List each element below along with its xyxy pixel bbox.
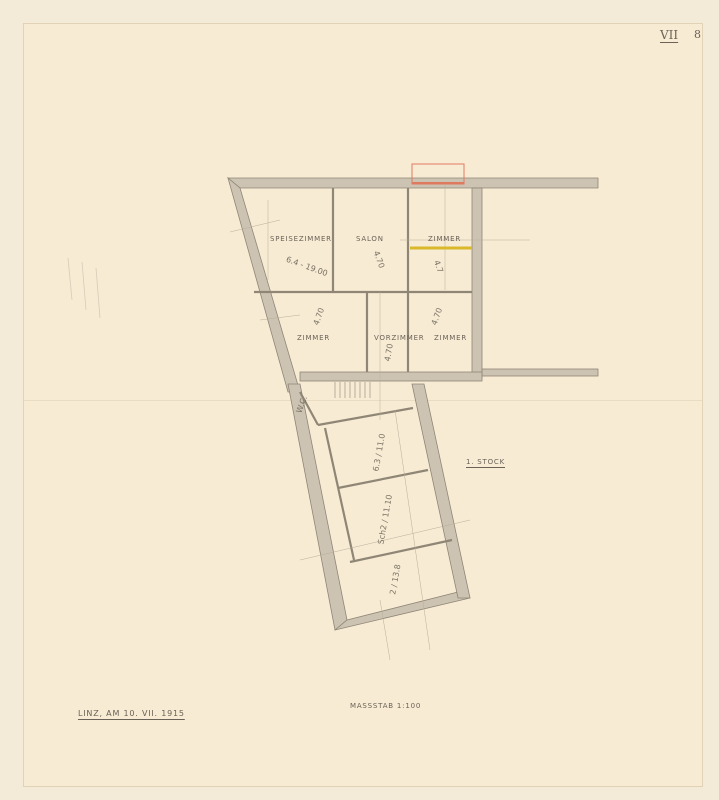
scale-label: MASSSTAB 1:100 — [350, 702, 421, 710]
room-label-vorzimmer: VORZIMMER — [374, 334, 424, 342]
room-label-speisezimmer: SPEISEZIMMER — [270, 235, 332, 243]
room-label-zimmer-2: ZIMMER — [297, 334, 330, 342]
floor-plan-drawing — [0, 0, 719, 800]
floor-label: 1. STOCK — [466, 458, 505, 466]
room-label-zimmer-1: ZIMMER — [428, 235, 461, 243]
room-label-salon: SALON — [356, 235, 384, 243]
room-label-zimmer-3: ZIMMER — [434, 334, 467, 342]
place-date: LINZ, AM 10. VII. 1915 — [78, 709, 185, 718]
